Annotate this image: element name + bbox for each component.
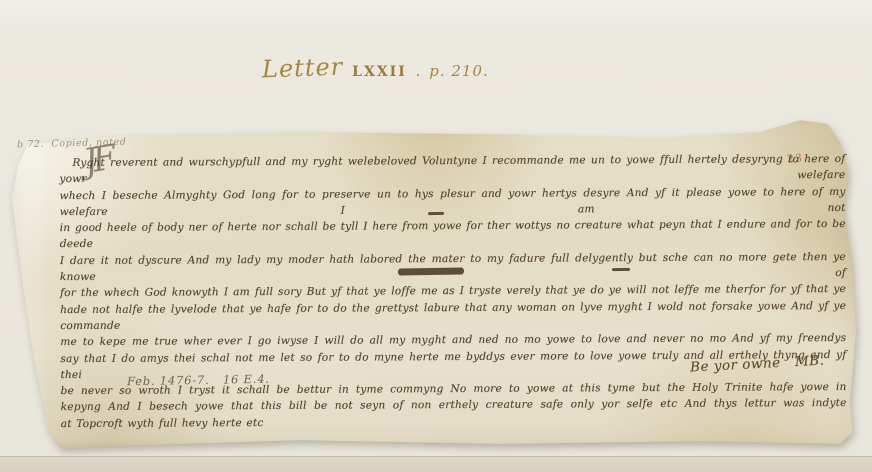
heading-page-reference: p. 210. <box>429 62 489 80</box>
heading-word: Letter <box>262 53 344 84</box>
heading-separator: . <box>416 64 420 80</box>
heading-roman-numeral: LXXII <box>352 64 407 80</box>
album-page-scan: Letter LXXII . p. 210. b 72. Copied, not… <box>0 0 872 472</box>
ink-strikethrough <box>428 212 444 215</box>
manuscript-line: in good heele of body ner of herte nor s… <box>60 216 846 253</box>
date-annotation: Feb. 1476-7. 16 E.4. <box>127 372 270 388</box>
letter-heading: Letter LXXII . p. 210. <box>262 54 489 82</box>
manuscript-line: whech I beseche Almyghty God long for to… <box>59 184 845 221</box>
manuscript-line: Ryght reverent and wurschypfull and my r… <box>59 151 845 188</box>
manuscript-line: hade not halfe the lyvelode that ye hafe… <box>60 298 846 335</box>
album-page-edge <box>0 456 872 472</box>
manuscript-line: I dare it not dyscure And my lady my mod… <box>60 249 846 286</box>
manuscript-text: Ryght reverent and wurschypfull and my r… <box>59 151 846 432</box>
ink-strikethrough <box>612 268 630 271</box>
